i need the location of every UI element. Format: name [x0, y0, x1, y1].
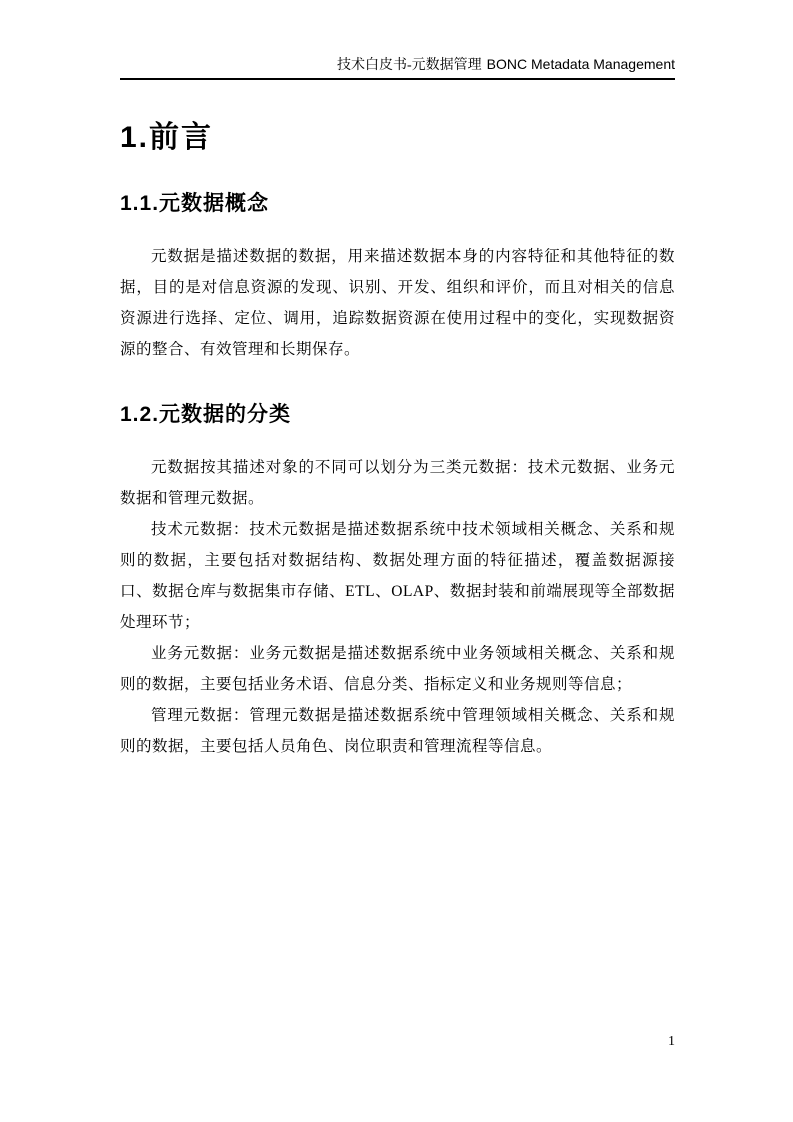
paragraph-metadata-concept: 元数据是描述数据的数据，用来描述数据本身的内容特征和其他特征的数据，目的是对信息… [120, 241, 675, 365]
header-title-english: BONC Metadata Management [487, 56, 675, 72]
section-heading-1-2: 1.2.元数据的分类 [120, 403, 675, 427]
header-title-chinese: 技术白皮书-元数据管理 [337, 58, 482, 73]
document-page: 技术白皮书-元数据管理BONC Metadata Management 1.前言… [0, 0, 793, 1122]
paragraph-management-metadata: 管理元数据：管理元数据是描述数据系统中管理领域相关概念、关系和规则的数据，主要包… [120, 700, 675, 762]
paragraph-technical-metadata: 技术元数据：技术元数据是描述数据系统中技术领域相关概念、关系和规则的数据，主要包… [120, 514, 675, 638]
page-title: 1.前言 [120, 122, 675, 154]
section-heading-1-1: 1.1.元数据概念 [120, 192, 675, 216]
document-body: 1.前言 1.1.元数据概念 元数据是描述数据的数据，用来描述数据本身的内容特征… [120, 77, 675, 762]
page-number: 1 [668, 1034, 675, 1050]
paragraph-business-metadata: 业务元数据：业务元数据是描述数据系统中业务领域相关概念、关系和规则的数据，主要包… [120, 638, 675, 700]
paragraph-classification-intro: 元数据按其描述对象的不同可以划分为三类元数据：技术元数据、业务元数据和管理元数据… [120, 452, 675, 514]
